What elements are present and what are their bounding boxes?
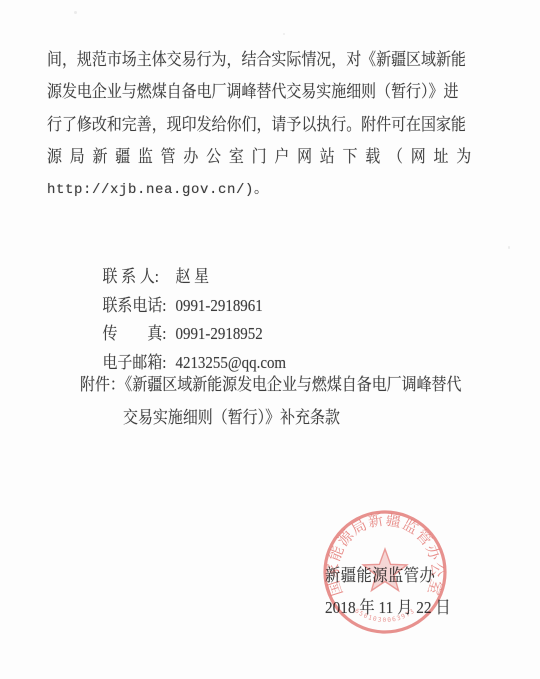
contact-row: 电子邮箱:4213255@qq.com	[80, 320, 286, 348]
contact-row: 传 真:0991-2918952	[80, 292, 286, 320]
contact-row: 联系电话:0991-2918961	[80, 263, 286, 291]
scan-speck	[283, 33, 285, 35]
attachment-title-part1: 《新疆区域新能源发电企业与燃煤自备电厂调峰替代	[125, 375, 462, 394]
document-page: 间，规范市场主体交易行为，结合实际情况，对《新疆区域新能 源发电企业与燃煤自备电…	[0, 0, 540, 679]
scan-speck	[508, 246, 510, 249]
paragraph-line: 行了修改和完善，现印发给你们，请予以执行。附件可在国家能	[47, 109, 471, 141]
attachment-title-part2: 交易实施细则（暂行）》补充条款	[123, 401, 467, 434]
paragraph-line: 间，规范市场主体交易行为，结合实际情况，对《新疆区域新能	[47, 44, 471, 76]
document-url-text: http://xjb.nea.gov.cn/)。	[47, 174, 529, 206]
contact-row: 联 系 人:赵 星	[80, 235, 286, 263]
attachment-block: 附件：《新疆区域新能源发电企业与燃煤自备电厂调峰替代 交易实施细则（暂行）》补充…	[80, 368, 514, 434]
scan-speck	[74, 11, 77, 14]
attachment-line: 附件：《新疆区域新能源发电企业与燃煤自备电厂调峰替代	[80, 368, 461, 401]
star-icon	[363, 549, 407, 591]
attachment-label: 附件：	[80, 375, 125, 394]
official-seal: 国家能源局新疆监管办公室 6501030063973	[319, 506, 451, 638]
seal-serial-wrapper: 6501030063973	[353, 608, 416, 624]
seal-serial-number: 6501030063973	[353, 608, 416, 624]
paragraph-line: 源局新疆监管办公室门户网站下载（网址为	[47, 141, 471, 173]
body-paragraph: 间，规范市场主体交易行为，结合实际情况，对《新疆区域新能 源发电企业与燃煤自备电…	[47, 44, 529, 206]
contact-block: 联 系 人:赵 星 联系电话:0991-2918961 传 真:0991-291…	[80, 235, 314, 349]
paragraph-line: 源发电企业与燃煤自备电厂调峰替代交易实施细则（暂行）》进	[47, 76, 471, 108]
